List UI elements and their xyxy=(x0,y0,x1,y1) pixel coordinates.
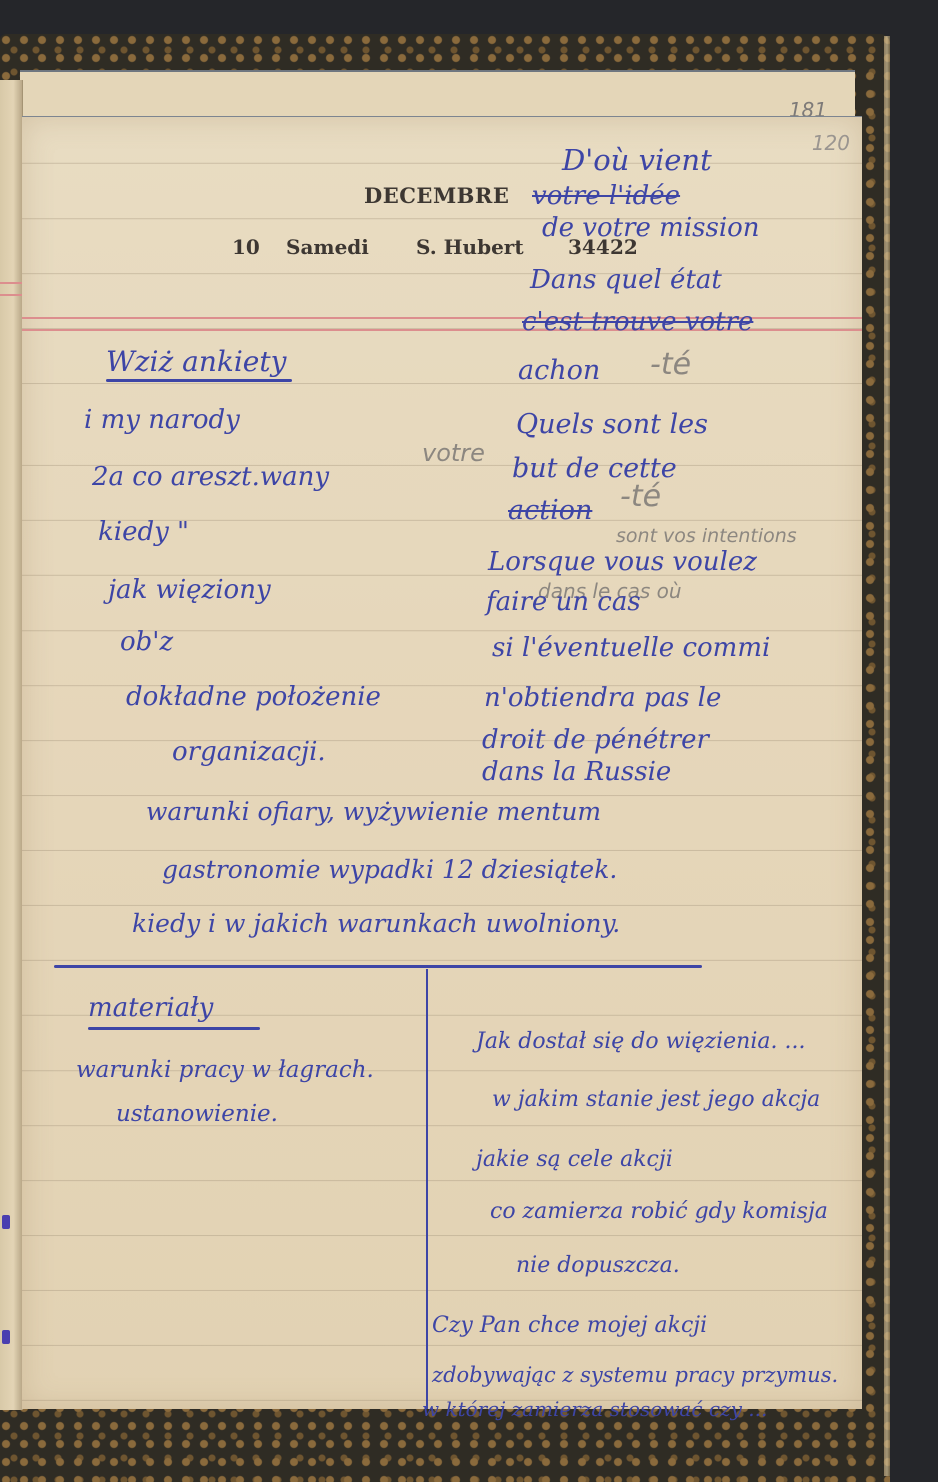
french-line: faire un cas xyxy=(486,587,641,617)
left-line: organizacji. xyxy=(172,737,326,767)
previous-page-edge xyxy=(0,80,23,1410)
french-line: Quels sont les xyxy=(516,409,708,440)
bottom-right-line: Jak dostał się do więzienia. ... xyxy=(476,1029,805,1054)
red-rule xyxy=(0,282,22,284)
left-line: ob'z xyxy=(120,627,173,657)
french-line: D'où vient xyxy=(562,143,712,177)
weekday: Samedi xyxy=(286,235,416,259)
bottom-right-line: nie dopuszcza. xyxy=(516,1253,680,1278)
full-width-line: kiedy i w jakich warunkach uwolniony. xyxy=(132,909,620,938)
french-line: droit de pénétrer xyxy=(482,725,709,755)
left-line: 2a co areszt.wany xyxy=(92,462,329,492)
left-line: jak więziony xyxy=(108,575,271,605)
bottom-left-heading: materiały xyxy=(88,993,213,1023)
french-line-struck: c'est trouve votre xyxy=(522,307,753,337)
french-line: dans la Russie xyxy=(482,757,671,787)
french-line: si l'éventuelle commi xyxy=(492,633,770,663)
pencil-note: sont vos intentions xyxy=(616,525,797,547)
french-line: de votre mission xyxy=(542,213,760,243)
column-divider xyxy=(426,969,428,1409)
french-line: n'obtiendra pas le xyxy=(484,683,721,713)
diary-page: 120 DECEMBRE 10 Samedi S. Hubert 344 22 … xyxy=(22,116,862,1409)
full-width-line: warunki ofiary, wyżywienie mentum xyxy=(146,797,601,826)
section-divider xyxy=(54,965,702,968)
heading-underline xyxy=(106,379,292,382)
cover-edge xyxy=(884,36,890,1476)
bottom-right-line: jakie są cele akcji xyxy=(476,1147,673,1172)
day-number: 10 xyxy=(232,235,286,259)
left-line: i my narody xyxy=(84,405,240,435)
ink-mark xyxy=(2,1215,10,1229)
bottom-right-line: zdobywając z systemu pracy przymus. xyxy=(432,1363,838,1387)
page-number: 120 xyxy=(812,131,850,155)
bottom-right-line: w jakim stanie jest jego akcja xyxy=(492,1087,820,1112)
bottom-left-line: ustanowienie. xyxy=(116,1101,278,1127)
french-line: Dans quel état xyxy=(530,265,722,295)
french-line-struck: votre l'idée xyxy=(532,181,680,211)
pencil-note: votre xyxy=(422,439,485,467)
bottom-left-line: warunki pracy w łagrach. xyxy=(76,1057,374,1083)
french-line-struck: action xyxy=(508,495,592,526)
printed-month: DECEMBRE xyxy=(364,183,509,208)
pencil-note: -té xyxy=(650,347,691,382)
french-line: Lorsque vous voulez xyxy=(488,547,757,577)
french-line: but de cette xyxy=(512,453,677,484)
bottom-right-line: co zamierza robić gdy komisja xyxy=(490,1199,828,1224)
french-line: achon xyxy=(518,355,600,386)
pencil-note: -té xyxy=(620,479,661,514)
red-rule xyxy=(0,294,22,296)
full-width-line: gastronomie wypadki 12 dziesiątek. xyxy=(162,855,617,884)
bottom-right-line: Czy Pan chce mojej akcji xyxy=(432,1313,707,1338)
bottom-right-line: w której zamierza stosować czy ... xyxy=(422,1397,767,1421)
ink-mark xyxy=(2,1330,10,1344)
left-heading: Wziż ankiety xyxy=(106,345,286,378)
heading-underline xyxy=(88,1027,260,1030)
left-line: kiedy " xyxy=(98,517,189,547)
left-line: dokładne położenie xyxy=(126,682,381,712)
